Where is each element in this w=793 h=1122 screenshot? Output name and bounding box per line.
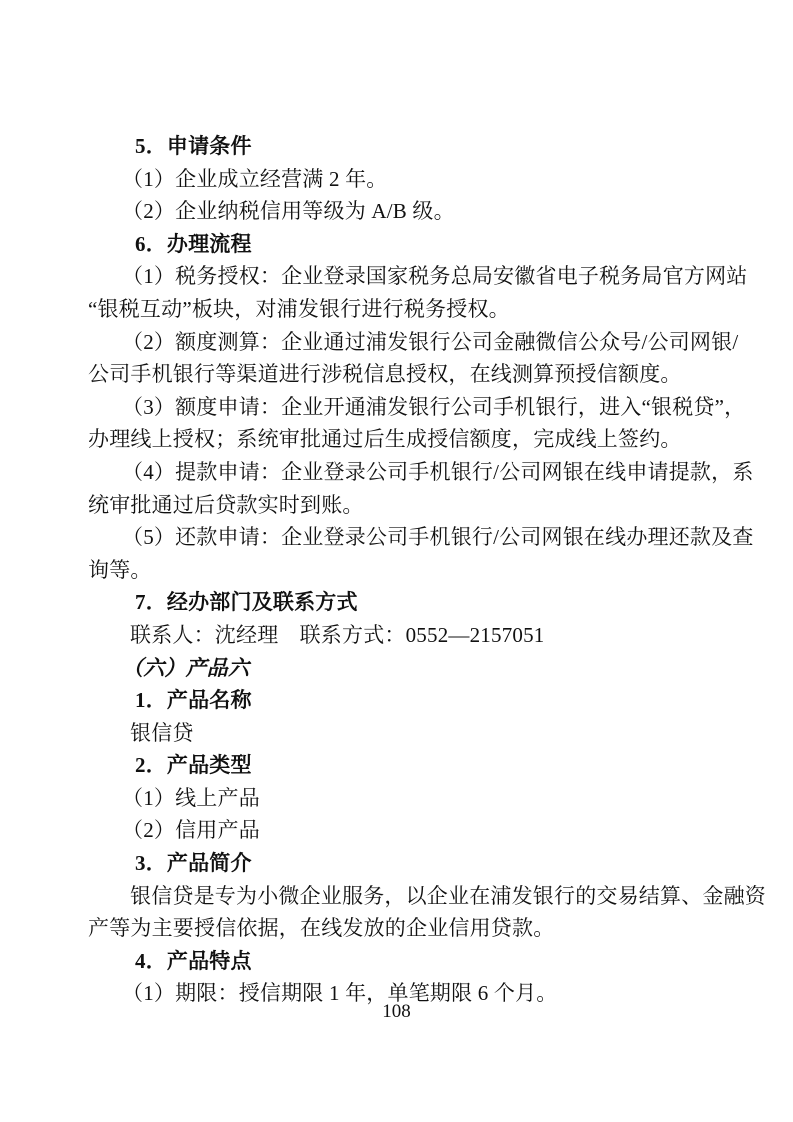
list-item: （2）企业纳税信用等级为 A/B 级。	[88, 195, 708, 228]
paragraph-line: 银信贷	[88, 717, 708, 750]
paragraph-line: 公司手机银行等渠道进行涉税信息授权，在线测算预授信额度。	[88, 358, 708, 391]
section-heading: 5．申请条件	[88, 130, 708, 163]
section-heading: 6．办理流程	[88, 228, 708, 261]
paragraph-line: 银信贷是专为小微企业服务，以企业在浦发银行的交易结算、金融资	[88, 880, 708, 913]
paragraph-line: 办理线上授权；系统审批通过后生成授信额度，完成线上签约。	[88, 423, 708, 456]
list-item: （3）额度申请：企业开通浦发银行公司手机银行，进入“银税贷”，	[88, 391, 708, 424]
list-item: （1）企业成立经营满 2 年。	[88, 163, 708, 196]
document-page: 5．申请条件 （1）企业成立经营满 2 年。 （2）企业纳税信用等级为 A/B …	[0, 0, 793, 1122]
document-body: 5．申请条件 （1）企业成立经营满 2 年。 （2）企业纳税信用等级为 A/B …	[88, 130, 708, 1010]
page-number: 108	[0, 998, 793, 1026]
list-item: （4）提款申请：企业登录公司手机银行/公司网银在线申请提款，系	[88, 456, 708, 489]
section-heading: 7．经办部门及联系方式	[88, 586, 708, 619]
section-heading: 3．产品简介	[88, 847, 708, 880]
list-item: （2）额度测算：企业通过浦发银行公司金融微信公众号/公司网银/	[88, 326, 708, 359]
section-heading: 1．产品名称	[88, 684, 708, 717]
paragraph-line: 产等为主要授信依据，在线发放的企业信用贷款。	[88, 912, 708, 945]
section-heading: 2．产品类型	[88, 749, 708, 782]
contact-info: 联系人：沈经理 联系方式：0552—2157051	[88, 619, 708, 652]
subchapter-heading: （六）产品六	[88, 652, 708, 685]
list-item: （1）税务授权：企业登录国家税务总局安徽省电子税务局官方网站	[88, 260, 708, 293]
paragraph-line: 统审批通过后贷款实时到账。	[88, 489, 708, 522]
list-item: （5）还款申请：企业登录公司手机银行/公司网银在线办理还款及查	[88, 521, 708, 554]
paragraph-line: 询等。	[88, 554, 708, 587]
list-item: （2）信用产品	[88, 814, 708, 847]
paragraph-line: “银税互动”板块，对浦发银行进行税务授权。	[88, 293, 708, 326]
list-item: （1）线上产品	[88, 782, 708, 815]
section-heading: 4．产品特点	[88, 945, 708, 978]
